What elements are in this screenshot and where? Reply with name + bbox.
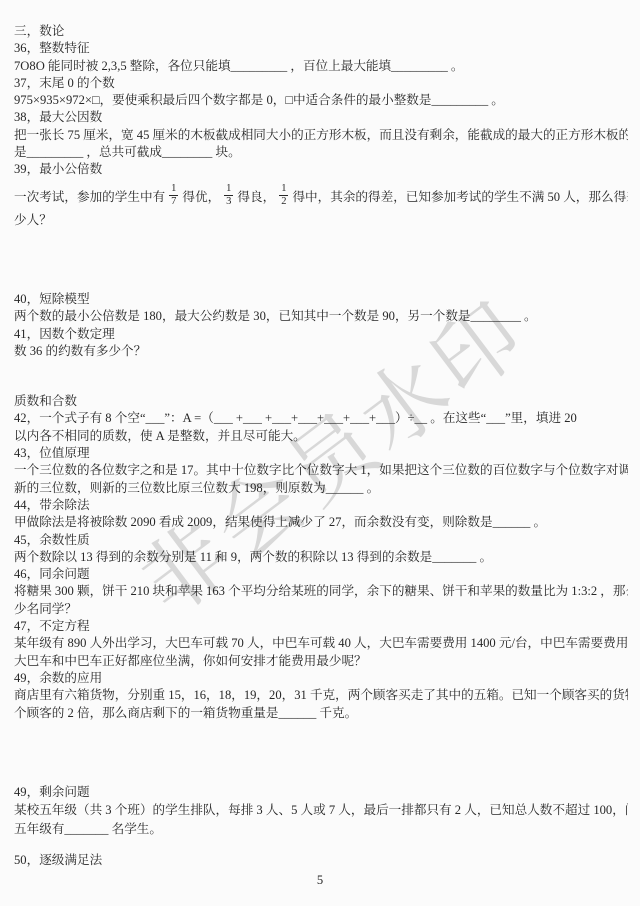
document-line: 少人？ <box>14 212 628 229</box>
document-line: 45，余数性质 <box>14 532 628 549</box>
document-line: 41，因数个数定理 <box>14 326 628 343</box>
document-line: 39，最小公倍数 <box>14 161 628 178</box>
section-division-model: 40，短除模型两个数的最小公倍数是 180，最大公约数是 30，已知其中一个数是… <box>14 291 628 360</box>
section-remainder: 49，剩余问题某校五年级（共 3 个班）的学生排队，每排 3 人、5 人或 7 … <box>14 783 628 839</box>
document-line: 49，余数的应用 <box>14 670 628 687</box>
document-line: 37，末尾 0 的个数 <box>14 75 628 92</box>
document-body: 三，数论36，整数特征7O8O 能同时被 2,3,5 整除，各位只能填_____… <box>0 23 640 870</box>
fraction: 12 <box>279 183 288 208</box>
document-line: 新的三位数，则新的三位数比原三位数大 198，则原数为______ 。 <box>14 480 628 497</box>
document-line: 将糖果 300 颗，饼干 210 块和苹果 163 个平均分给某班的同学，余下的… <box>14 583 628 600</box>
document-line: 某年级有 890 人外出学习，大巴车可载 70 人，中巴车可载 40 人，大巴车… <box>14 635 628 652</box>
section-prime-composite: 质数和合数42，一个式子有 8 个空“___”：A =（___ +___ +__… <box>14 393 628 722</box>
document-line: 38，最大公因数 <box>14 109 628 126</box>
document-line: 某校五年级（共 3 个班）的学生排队，每排 3 人、5 人或 7 人，最后一排都… <box>14 801 628 820</box>
section-stepwise: 50，逐级满足法 <box>14 852 628 869</box>
document-line: 把一张长 75 厘米，宽 45 厘米的木板截成相同大小的正方形木板，而且没有剩余… <box>14 127 628 144</box>
document-line: 质数和合数 <box>14 393 628 410</box>
document-line: 47，不定方程 <box>14 618 628 635</box>
document-line: 是_________ ，总共可截成________ 块。 <box>14 144 628 161</box>
document-line: 甲做除法是将被除数 2090 看成 2009，结果使得上减少了 27，而余数没有… <box>14 514 628 531</box>
document-line: 46，同余问题 <box>14 566 628 583</box>
document-line: 商店里有六箱货物，分别重 15，16，18，19，20，31 千克，两个顾客买走… <box>14 687 628 704</box>
document-line: 975×935×972×□，要使乘积最后四个数字都是 0，□中适合条件的最小整数… <box>14 92 628 109</box>
document-line: 以内各不相同的质数，使 A 是整数，并且尽可能大。 <box>14 428 628 445</box>
text-segment: 一次考试，参加的学生中有 <box>14 186 165 205</box>
document-line: 36，整数特征 <box>14 40 628 57</box>
document-line: 一个三位数的各位数字之和是 17。其中十位数字比个位数字大 1，如果把这个三位数… <box>14 462 628 479</box>
document-line: 个顾客的 2 倍，那么商店剩下的一箱货物重量是______ 千克。 <box>14 705 628 722</box>
document-line: 42，一个式子有 8 个空“___”：A =（___ +___ +___+___… <box>14 410 628 427</box>
document-line: 数 36 的约数有多少个？ <box>14 343 628 360</box>
document-line: 43，位值原理 <box>14 445 628 462</box>
document-line: 一次考试，参加的学生中有17得优，13得良，12得中，其余的得差，已知参加考试的… <box>14 179 628 212</box>
page-number: 5 <box>0 872 640 889</box>
document-line: 五年级有_______ 名学生。 <box>14 820 628 839</box>
document-line: 三，数论 <box>14 23 628 40</box>
document-line: 7O8O 能同时被 2,3,5 整除，各位只能填_________ ，百位上最大… <box>14 58 628 75</box>
fraction: 13 <box>224 183 233 208</box>
section-number-theory: 三，数论36，整数特征7O8O 能同时被 2,3,5 整除，各位只能填_____… <box>14 23 628 229</box>
document-line: 少名同学？ <box>14 601 628 618</box>
document-line: 49，剩余问题 <box>14 783 628 802</box>
document-line: 两个数除以 13 得到的余数分别是 11 和 9，两个数的积除以 13 得到的余… <box>14 549 628 566</box>
text-segment: 得优， <box>182 186 220 205</box>
document-page: 非会员水印 三，数论36，整数特征7O8O 能同时被 2,3,5 整除，各位只能… <box>0 0 640 906</box>
document-line: 50，逐级满足法 <box>14 852 628 869</box>
text-segment: 得良， <box>237 186 275 205</box>
text-segment: 得中，其余的得差，已知参加考试的学生不满 50 人，那么得差的学生有多 <box>292 186 628 205</box>
document-line: 大巴车和中巴车正好都座位坐满，你如何安排才能费用最少呢？ <box>14 653 628 670</box>
document-line: 两个数的最小公倍数是 180，最大公约数是 30，已知其中一个数是 90，另一个… <box>14 308 628 325</box>
document-line: 40，短除模型 <box>14 291 628 308</box>
fraction: 17 <box>169 183 178 208</box>
document-line: 44，带余除法 <box>14 497 628 514</box>
